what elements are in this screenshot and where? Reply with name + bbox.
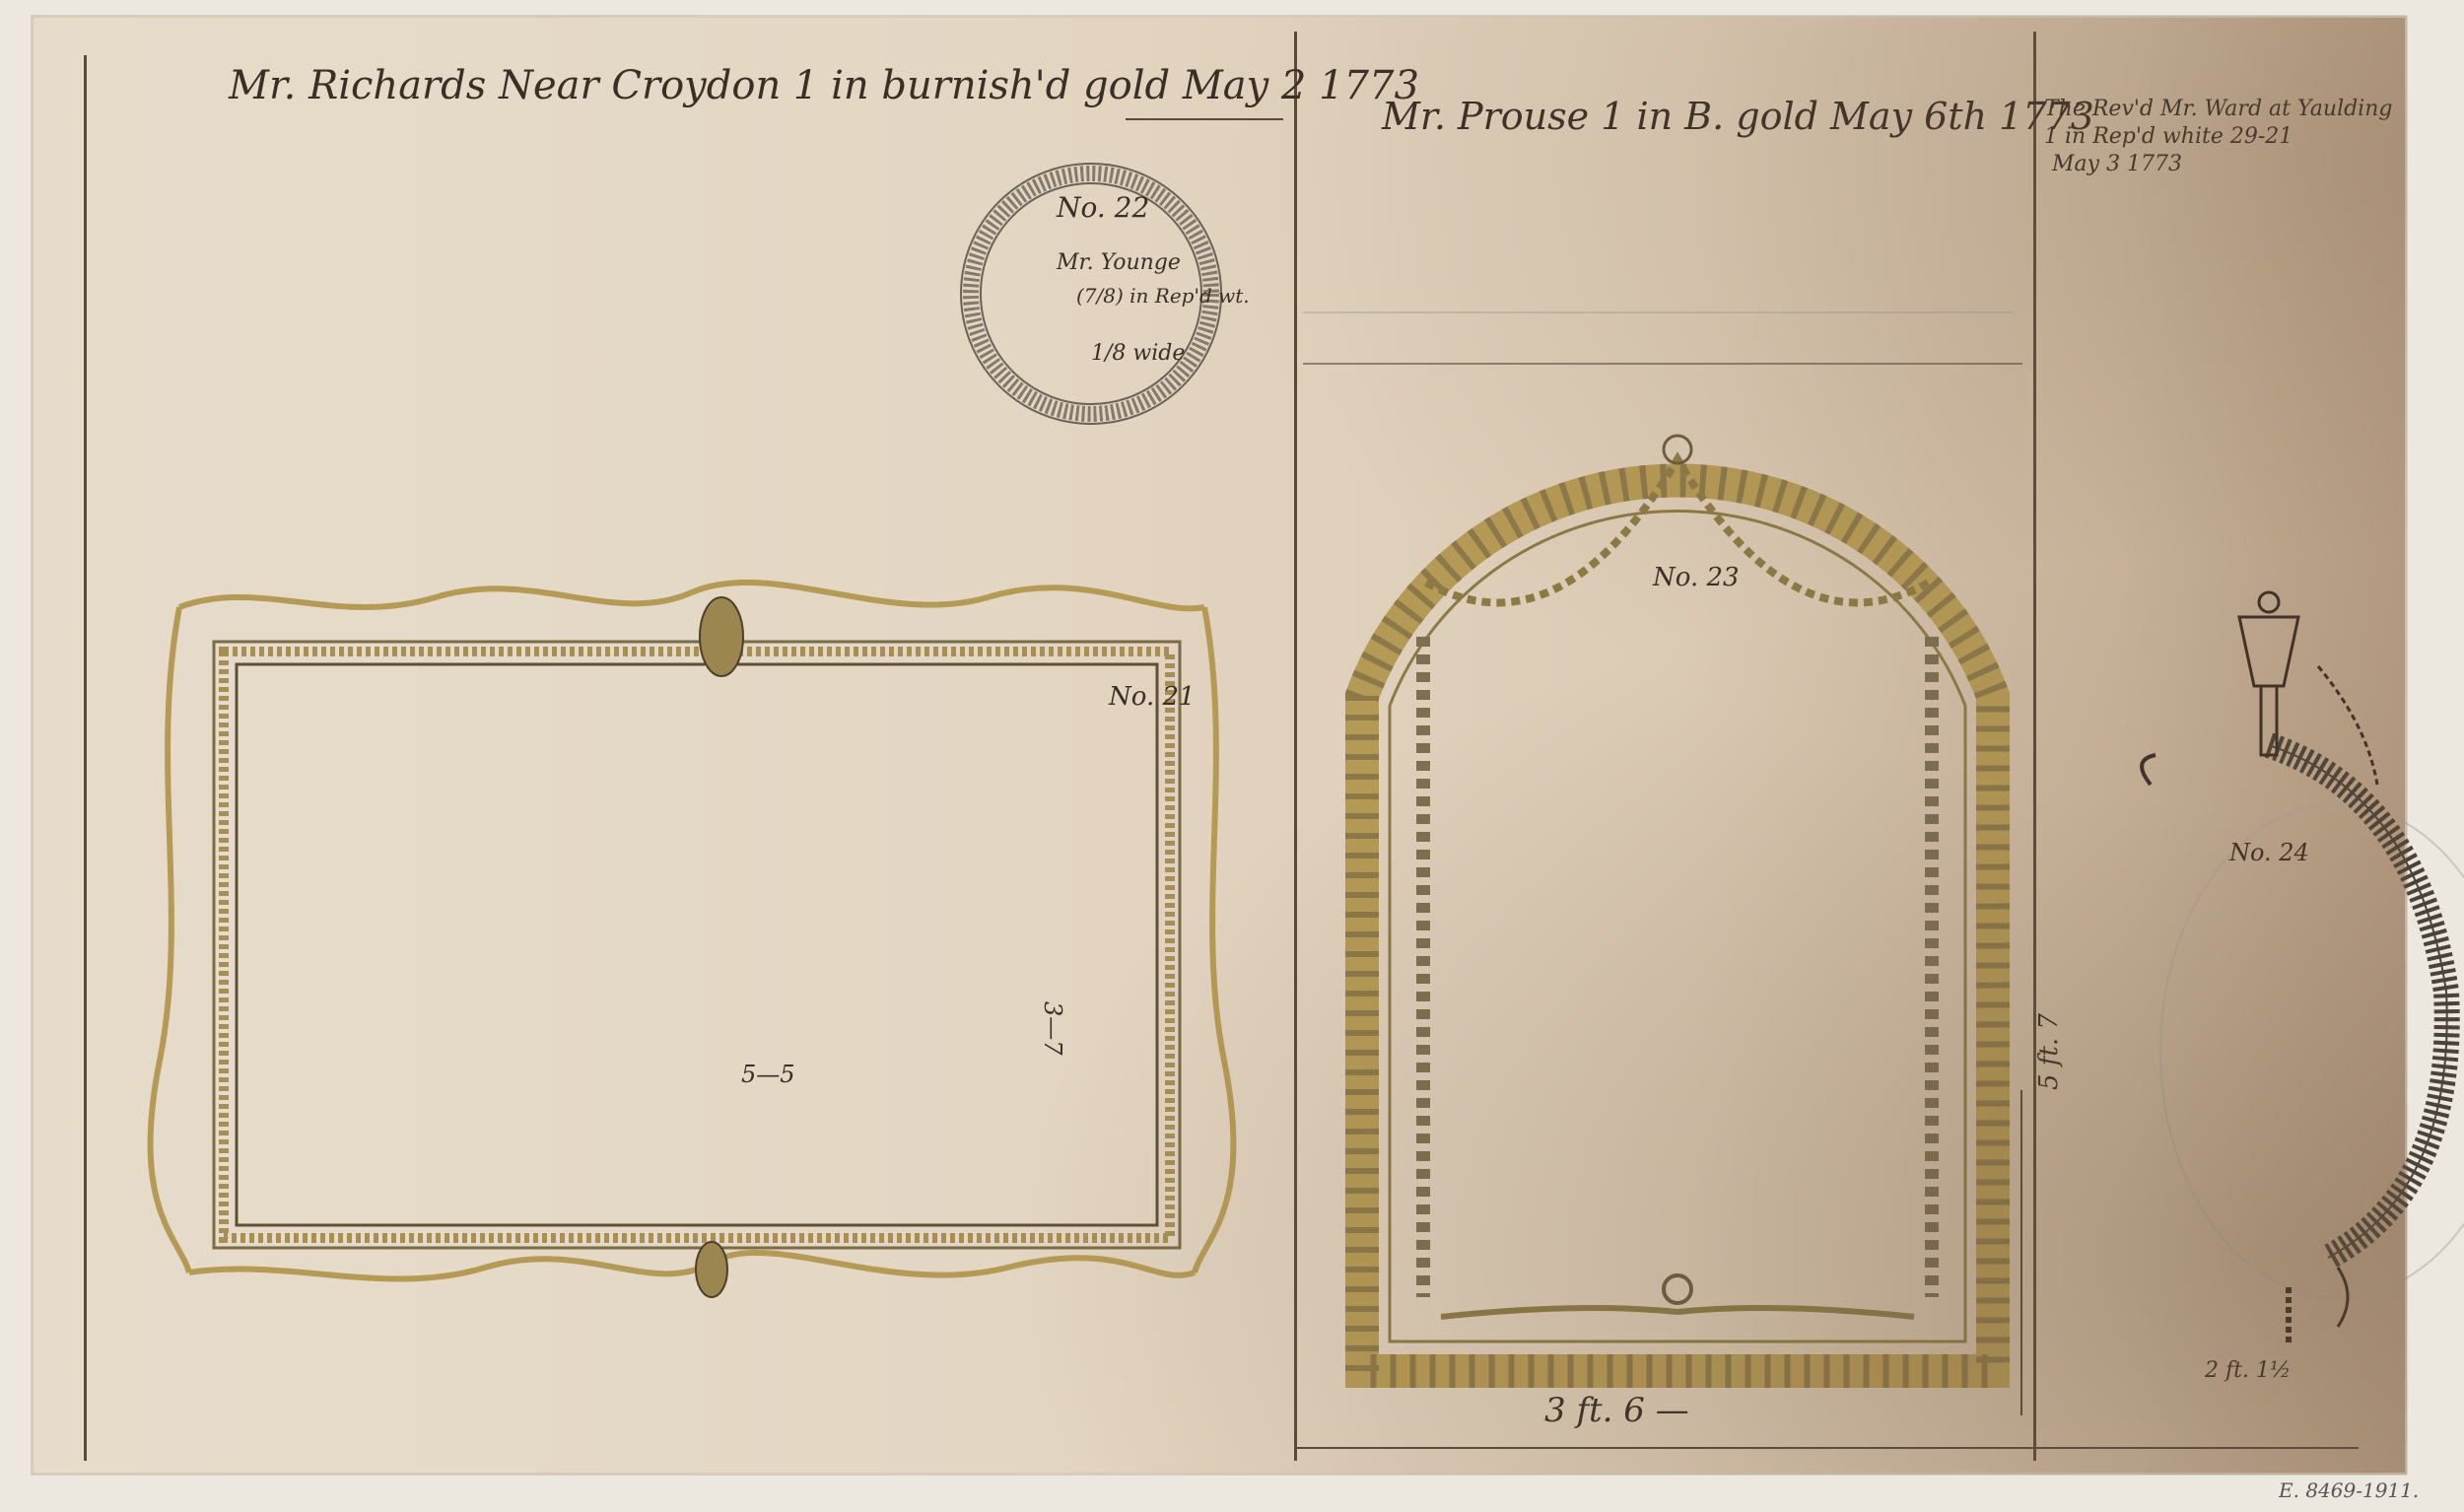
column-divider-1 xyxy=(1294,32,1297,1461)
no22-note: (7/8) in Rep'd wt. xyxy=(1076,284,1250,308)
column-divider-2 xyxy=(2033,32,2036,1461)
no22-width-note: 1/8 wide xyxy=(1091,341,1185,366)
no21-height-dimension: 3—7 xyxy=(1039,1001,1066,1056)
half-oval-frame-no24 xyxy=(2091,578,2464,1396)
no24-width-dimension: 2 ft. 1½ xyxy=(2205,1358,2291,1383)
column-1-heading: Mr. Richards Near Croydon 1 in burnish'd… xyxy=(229,63,1419,108)
column-2-heading: Mr. Prouse 1 in B. gold May 6th 1773 xyxy=(1382,95,2094,138)
no21-width-dimension: 5—5 xyxy=(741,1061,795,1088)
design-number-23: No. 23 xyxy=(1653,563,1740,592)
no23-height-guide xyxy=(2020,1090,2022,1415)
heading-underline xyxy=(1126,118,1283,120)
column-3-heading-line3: May 3 1773 xyxy=(2052,152,2182,176)
column-3-heading-line1: The Rev'd Mr. Ward at Yaulding xyxy=(2044,97,2392,121)
design-number-24: No. 24 xyxy=(2229,839,2309,866)
no22-client: Mr. Younge xyxy=(1057,250,1181,275)
design-number-22: No. 22 xyxy=(1057,191,1149,224)
design-number-21: No. 21 xyxy=(1109,682,1196,712)
drawing-sheet: Mr. Richards Near Croydon 1 in burnish'd… xyxy=(32,16,2407,1475)
dashed-guide-line xyxy=(1303,363,2022,365)
accession-number: E. 8469-1911. xyxy=(2279,1478,2419,1502)
no23-width-dimension: 3 ft. 6 — xyxy=(1544,1391,1689,1430)
column-3-heading-line2: 1 in Rep'd white 29-21 xyxy=(2044,124,2293,149)
left-margin-rule xyxy=(84,55,87,1461)
bottom-rule xyxy=(1294,1447,2359,1449)
no23-height-dimension: 5 ft. 7 xyxy=(2034,1013,2064,1090)
arched-frame-no23 xyxy=(1333,371,2022,1396)
rectangular-frame-no21 xyxy=(140,568,1264,1356)
pencil-guide-line xyxy=(1303,311,2013,313)
